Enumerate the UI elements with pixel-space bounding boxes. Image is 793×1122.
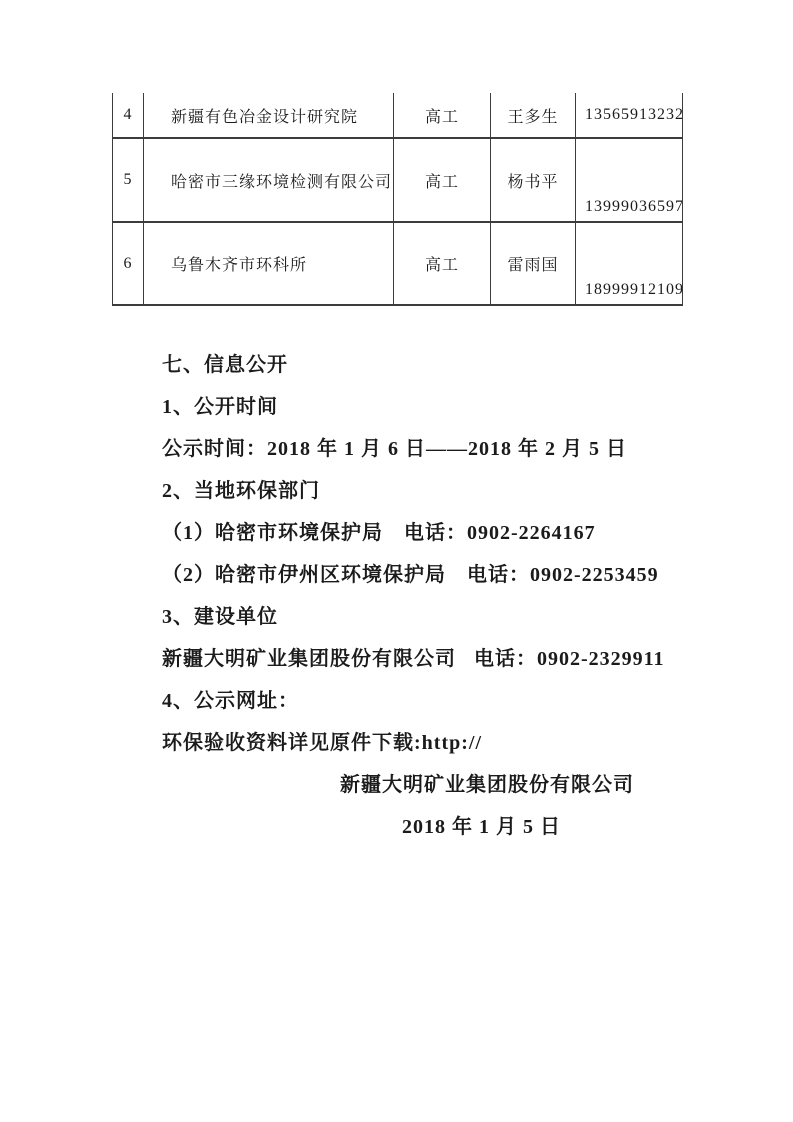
env-dept-1-phone: （1）哈密市环境保护局 电话：0902-2264167 (162, 512, 722, 554)
signature-company-name: 新疆大明矿业集团股份有限公司 (162, 764, 722, 806)
experts-table: 4 新疆有色冶金设计研究院 高工 王多生 13565913232 5 哈密市三缘… (112, 93, 683, 306)
title-cell: 高工 (394, 222, 491, 305)
row-number-cell: 4 (113, 93, 144, 138)
item-2-local-env-depts: 2、当地环保部门 (162, 470, 722, 512)
signature-date: 2018 年 1 月 5 日 (162, 806, 722, 848)
title-cell: 高工 (394, 93, 491, 138)
row-number-cell: 6 (113, 222, 144, 305)
table-row: 5 哈密市三缘环境检测有限公司 高工 杨书平 13999036597 (113, 138, 683, 222)
item-4-announcement-url: 4、公示网址： (162, 680, 722, 722)
url-download-note: 环保验收资料详见原件下载:http:// (162, 722, 722, 764)
row-number-cell: 5 (113, 138, 144, 222)
organization-cell: 乌鲁木齐市环科所 (144, 222, 394, 305)
expert-name-cell: 王多生 (491, 93, 576, 138)
heading-section-7: 七、信息公开 (162, 344, 722, 386)
info-disclosure-section: 七、信息公开 1、公开时间 公示时间：2018 年 1 月 6 日——2018 … (162, 344, 722, 848)
organization-cell: 哈密市三缘环境检测有限公司 (144, 138, 394, 222)
phone-cell: 13999036597 (576, 138, 683, 222)
table-row: 4 新疆有色冶金设计研究院 高工 王多生 13565913232 (113, 93, 683, 138)
table-row: 6 乌鲁木齐市环科所 高工 雷雨国 18999912109 (113, 222, 683, 305)
disclosure-period: 公示时间：2018 年 1 月 6 日——2018 年 2 月 5 日 (162, 428, 722, 470)
expert-name-cell: 杨书平 (491, 138, 576, 222)
item-3-construction-unit: 3、建设单位 (162, 596, 722, 638)
env-dept-2-phone: （2）哈密市伊州区环境保护局 电话：0902-2253459 (162, 554, 722, 596)
item-1-disclosure-time: 1、公开时间 (162, 386, 722, 428)
expert-name-cell: 雷雨国 (491, 222, 576, 305)
construction-unit-phone: 新疆大明矿业集团股份有限公司 电话：0902-2329911 (162, 638, 722, 680)
organization-cell: 新疆有色冶金设计研究院 (144, 93, 394, 138)
document-page: 4 新疆有色冶金设计研究院 高工 王多生 13565913232 5 哈密市三缘… (0, 0, 793, 1122)
phone-cell: 13565913232 (576, 93, 683, 138)
phone-cell: 18999912109 (576, 222, 683, 305)
title-cell: 高工 (394, 138, 491, 222)
